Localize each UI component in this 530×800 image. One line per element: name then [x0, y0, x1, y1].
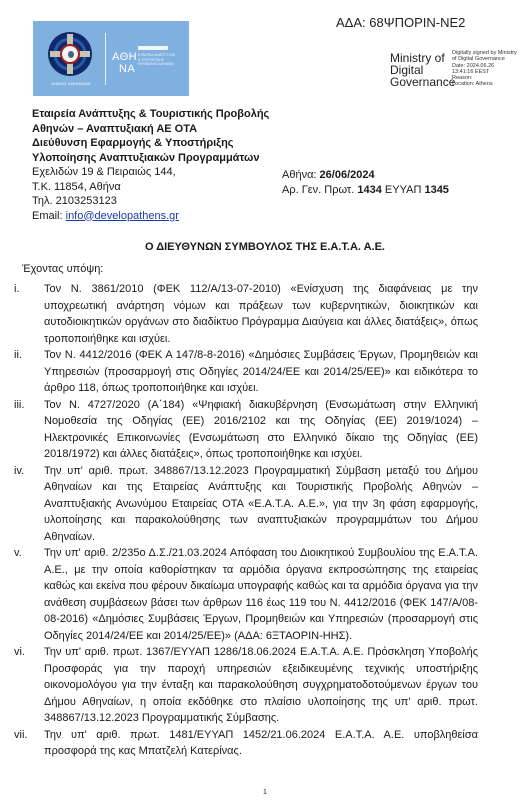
- list-item-number: vii.: [8, 727, 44, 760]
- org-dept-line1: Διεύθυνση Εφαρμογής & Υποστήριξης: [32, 136, 269, 151]
- logo-wordmark-line2: ΝΑ: [119, 63, 135, 75]
- list-item-text: Τον Ν. 4727/2020 (Α΄184) «Ψηφιακή διακυβ…: [44, 397, 478, 463]
- list-item: vi.Την υπ' αριθ. πρωτ. 1367/ΕΥΥΑΠ 1286/1…: [8, 644, 478, 727]
- list-item-text: Την υπ' αριθ. πρωτ. 1367/ΕΥΥΑΠ 1286/18.0…: [44, 644, 478, 727]
- list-item-number: iii.: [8, 397, 44, 463]
- list-item: v.Την υπ' αριθ. 2/235ο Δ.Σ./21.03.2024 Α…: [8, 545, 478, 644]
- org-address-line1: Εχελιδών 19 & Πειραιώς 144,: [32, 165, 269, 180]
- list-item-text: Τον Ν. 3861/2010 (ΦΕΚ 112/Α/13-07-2010) …: [44, 281, 478, 347]
- list-item-text: Τον Ν. 4412/2016 (ΦΕΚ Α 147/8-8-2016) «Δ…: [44, 347, 478, 397]
- document-heading: Ο ΔΙΕΥΘΥΝΩΝ ΣΥΜΒΟΥΛΟΣ ΤΗΣ Ε.Α.Τ.Α. Α.Ε.: [0, 241, 530, 253]
- date-label: Αθήνα:: [282, 169, 320, 181]
- list-item-text: Την υπ' αριθ. πρωτ. 348867/13.12.2023 Πρ…: [44, 463, 478, 546]
- date-row: Αθήνα: 26/06/2024: [282, 168, 449, 183]
- list-item-text: Την υπ' αριθ. 2/235ο Δ.Σ./21.03.2024 Από…: [44, 545, 478, 644]
- organization-block: Εταιρεία Ανάπτυξης & Τουριστικής Προβολή…: [32, 107, 269, 223]
- list-item-number: v.: [8, 545, 44, 644]
- protocol-label: Αρ. Γεν. Πρωτ.: [282, 184, 357, 196]
- org-dept-line2: Υλοποίησης Αναπτυξιακών Προγραμμάτων: [32, 151, 269, 166]
- org-name-line1: Εταιρεία Ανάπτυξης & Τουριστικής Προβολή…: [32, 107, 269, 122]
- signature-meta-line: Location: Athens: [452, 81, 517, 87]
- intro-text: Έχοντας υπόψη:: [22, 263, 103, 275]
- list-item: i.Τον Ν. 3861/2010 (ΦΕΚ 112/Α/13-07-2010…: [8, 281, 478, 347]
- eyyap-label: ΕΥΥΑΠ: [382, 184, 425, 196]
- city-seal-icon: [48, 32, 92, 76]
- date-value: 26/06/2024: [320, 169, 375, 181]
- list-item: vii.Την υπ' αριθ. πρωτ. 1481/ΕΥΥΑΠ 1452/…: [8, 727, 478, 760]
- list-item: iii.Τον Ν. 4727/2020 (Α΄184) «Ψηφιακή δι…: [8, 397, 478, 463]
- email-label: Email:: [32, 210, 66, 222]
- organization-logo: ΔΗΜΟΣ ΑΘΗΝΑΙΩΝ ΑΘΗ ΝΑ ΕΤΑΙΡΕΙΑ ΑΝΑΠΤΥΞΗΣ…: [33, 21, 189, 96]
- signature-title-line: Governance: [390, 76, 455, 88]
- considerations-list: i.Τον Ν. 3861/2010 (ΦΕΚ 112/Α/13-07-2010…: [8, 281, 478, 760]
- list-item-number: i.: [8, 281, 44, 347]
- signature-meta: Digitally signed by Ministry of Digital …: [452, 50, 517, 88]
- signature-title: Ministry of Digital Governance: [390, 52, 455, 88]
- eyyap-number: 1345: [424, 184, 448, 196]
- protocol-row: Αρ. Γεν. Πρωτ. 1434 ΕΥΥΑΠ 1345: [282, 183, 449, 198]
- seal-caption: ΔΗΜΟΣ ΑΘΗΝΑΙΩΝ: [45, 81, 97, 86]
- document-info: Αθήνα: 26/06/2024 Αρ. Γεν. Πρωτ. 1434 ΕΥ…: [282, 168, 449, 197]
- org-name-line2: Αθηνών – Αναπτυξιακή ΑΕ ΟΤΑ: [32, 122, 269, 137]
- logo-tagline: ΕΤΑΙΡΕΙΑ ΑΝΑΠΤΥΞΗΣ & ΤΟΥΡΙΣΤΙΚΗΣ ΠΡΟΒΟΛΗ…: [138, 53, 178, 67]
- email-link[interactable]: info@developathens.gr: [66, 210, 179, 222]
- org-email-row: Email: info@developathens.gr: [32, 209, 269, 224]
- logo-bar: [138, 46, 168, 50]
- list-item-text: Την υπ' αριθ. πρωτ. 1481/ΕΥΥΑΠ 1452/21.0…: [44, 727, 478, 760]
- logo-divider: [105, 33, 106, 85]
- org-address-line2: Τ.Κ. 11854, Αθήνα: [32, 180, 269, 195]
- ada-code: ΑΔΑ: 68ΨΠΟΡΙΝ-ΝΕ2: [336, 15, 465, 30]
- list-item-number: iv.: [8, 463, 44, 546]
- protocol-number: 1434: [357, 184, 381, 196]
- list-item-number: ii.: [8, 347, 44, 397]
- list-item: ii.Τον Ν. 4412/2016 (ΦΕΚ Α 147/8-8-2016)…: [8, 347, 478, 397]
- org-phone: Τηλ. 2103253123: [32, 194, 269, 209]
- page-number: 1: [0, 789, 530, 796]
- list-item-number: vi.: [8, 644, 44, 727]
- list-item: iv.Την υπ' αριθ. πρωτ. 348867/13.12.2023…: [8, 463, 478, 546]
- logo-wordmark-line1: ΑΘΗ: [112, 51, 137, 63]
